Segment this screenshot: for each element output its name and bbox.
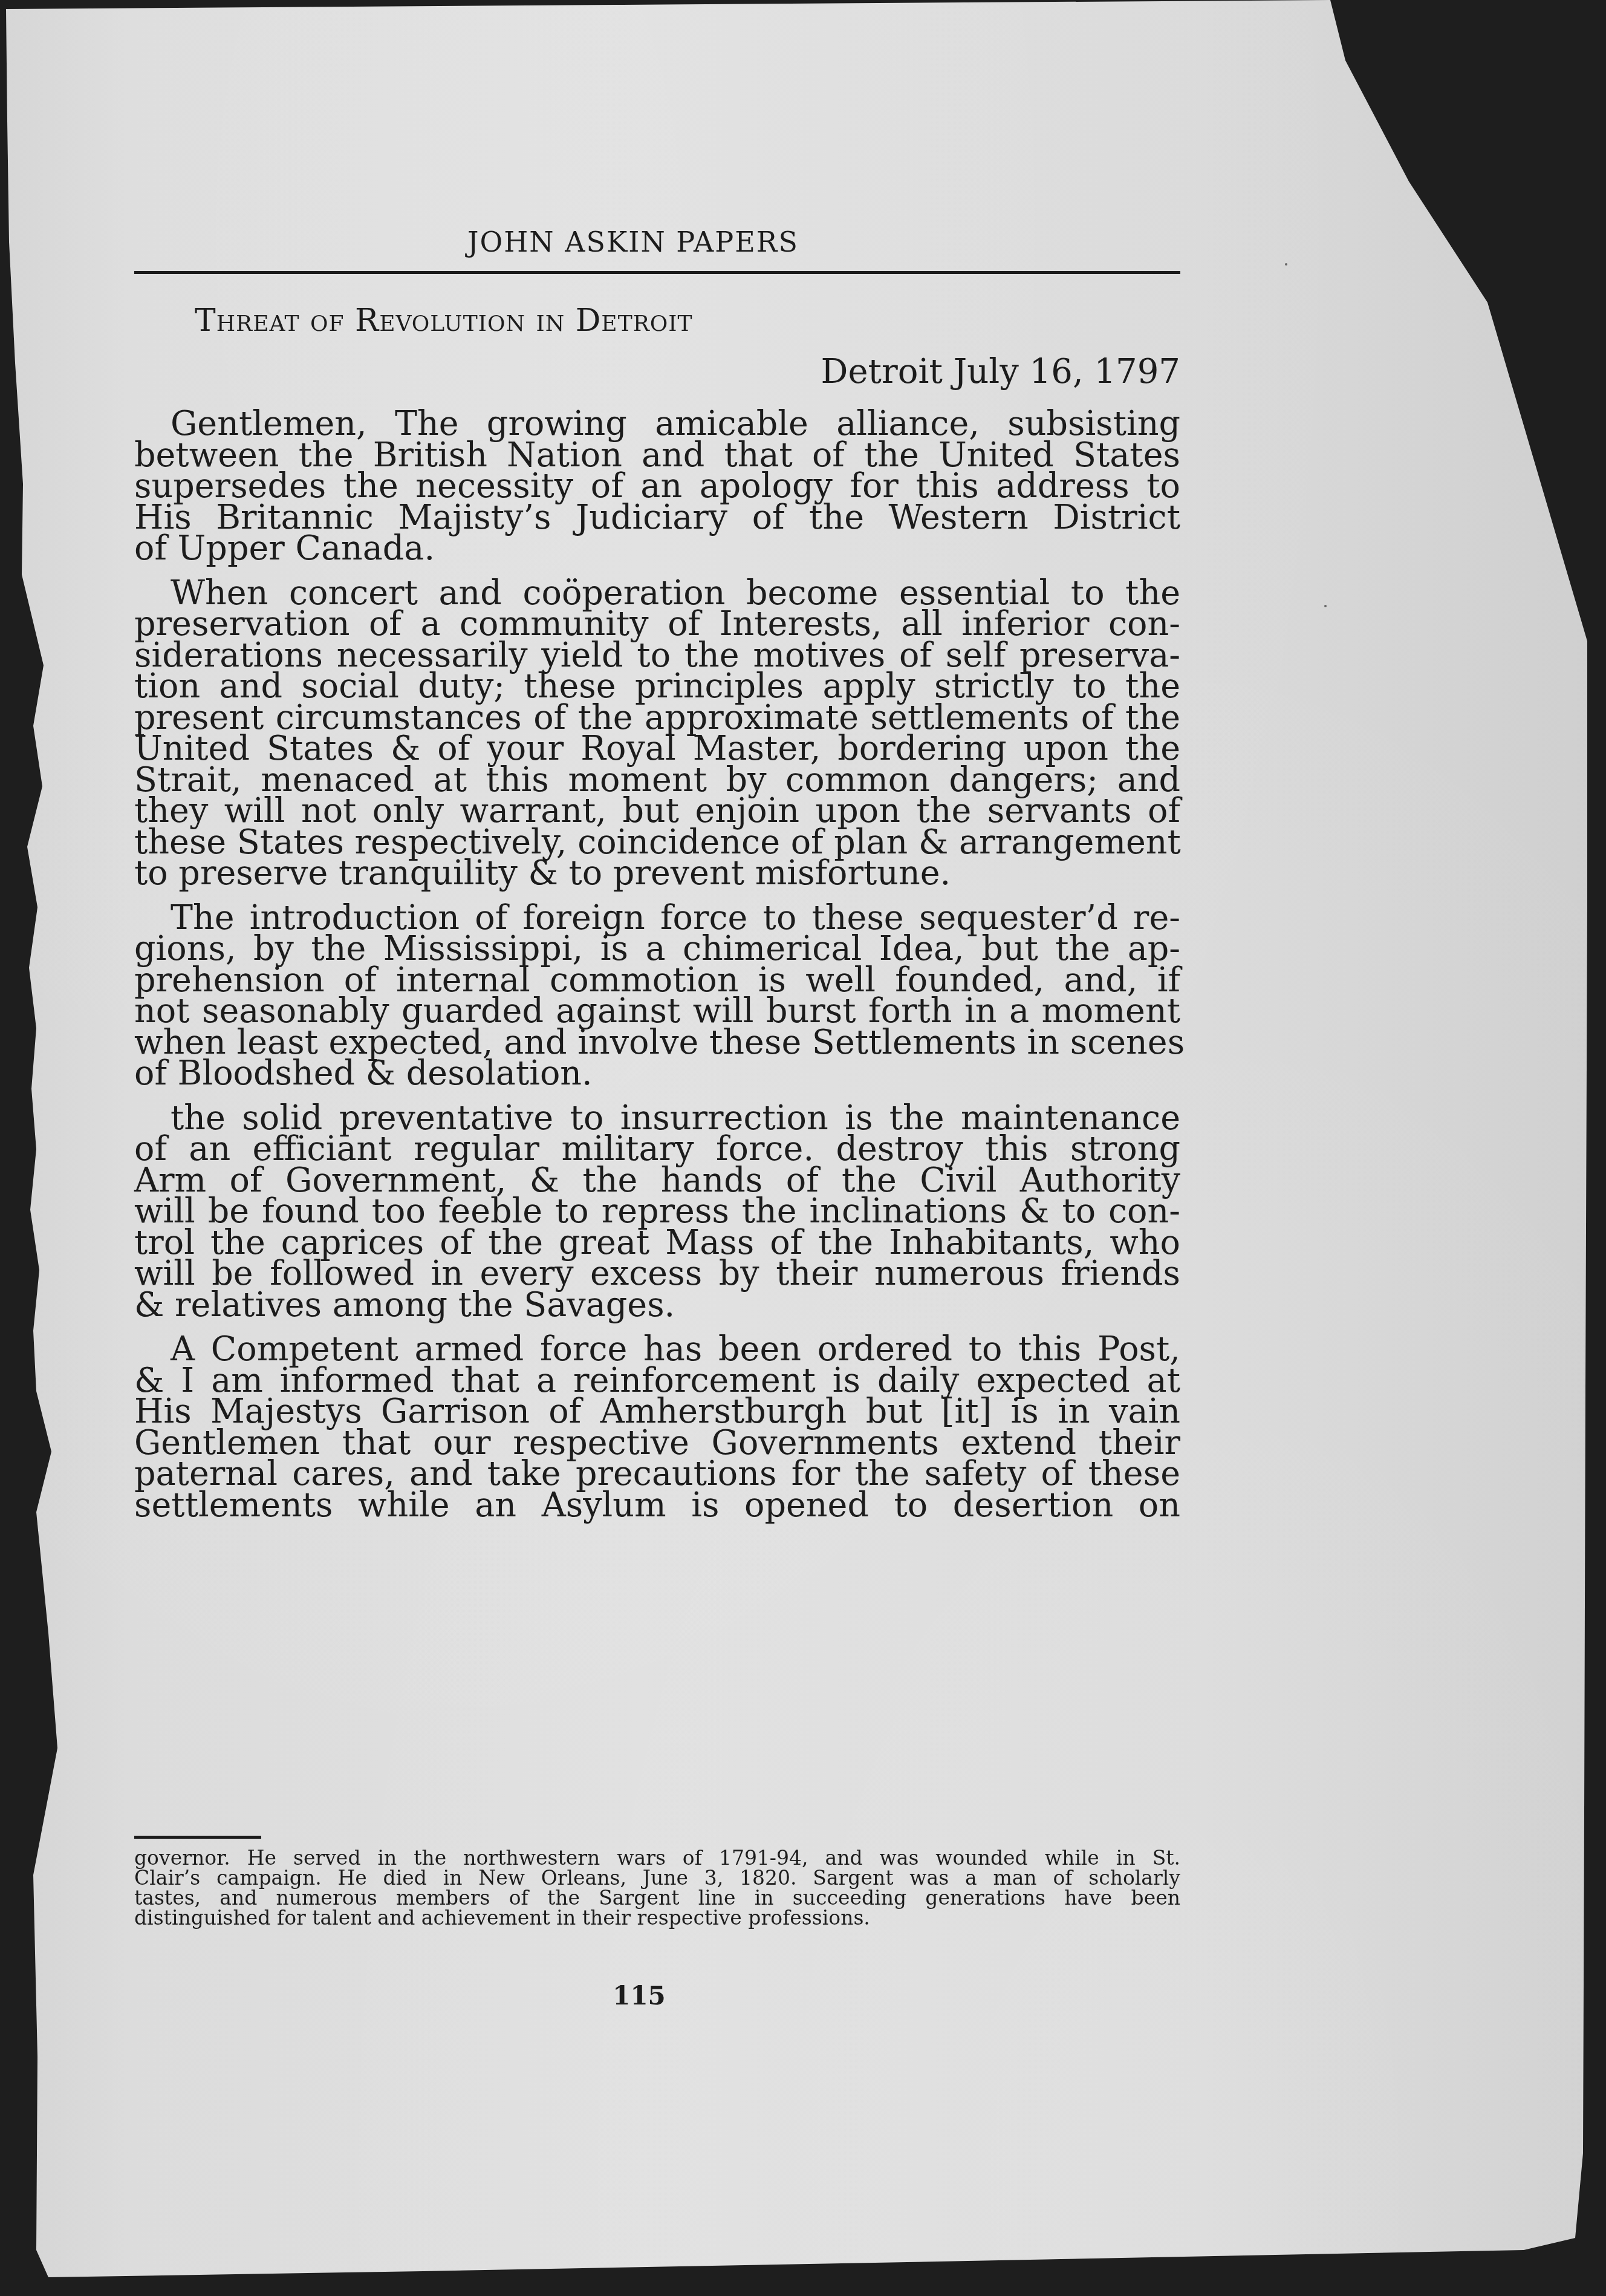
footnote-rule xyxy=(134,1836,261,1839)
text-line: to preserve tranquility & to prevent mis… xyxy=(134,858,1180,889)
text-line: & relatives among the Savages. xyxy=(134,1290,1180,1321)
footnote-line: governor. He served in the northwestern … xyxy=(134,1848,1180,1868)
text-line: of Upper Canada. xyxy=(134,533,1180,564)
letter-body: Gentlemen, The growing amicable alliance… xyxy=(134,408,1180,1534)
text-line: will be found too feeble to repress the … xyxy=(134,1196,1180,1227)
text-line: paternal cares, and take precautions for… xyxy=(134,1458,1180,1490)
footnote-line: distinguished for talent and achievement… xyxy=(134,1908,1180,1928)
text-line: supersedes the necessity of an apology f… xyxy=(134,471,1180,502)
paragraph: A Competent armed force has been ordered… xyxy=(134,1334,1180,1521)
text-line: will be followed in every excess by thei… xyxy=(134,1258,1180,1290)
text-line: of Bloodshed & desolation. xyxy=(134,1058,1180,1089)
text-line: settlements while an Asylum is opened to… xyxy=(134,1490,1180,1521)
paragraph: the solid preventative to insurrection i… xyxy=(134,1103,1180,1321)
text-line: not seasonably guarded against will burs… xyxy=(134,996,1180,1027)
page-content: JOHN ASKIN PAPERS Threat of Revolution i… xyxy=(134,224,1180,260)
text-line: A Competent armed force has been ordered… xyxy=(134,1334,1180,1365)
text-line: His Majestys Garrison of Amherstburgh bu… xyxy=(134,1396,1180,1427)
paragraph: The introduction of foreign force to the… xyxy=(134,902,1180,1089)
paper-speck xyxy=(1285,263,1287,266)
document-title: Threat of Revolution in Detroit xyxy=(134,302,1180,339)
header-rule xyxy=(134,271,1180,274)
text-line: United States & of your Royal Master, bo… xyxy=(134,733,1180,765)
footnote-line: Clair’s campaign. He died in New Orleans… xyxy=(134,1868,1180,1888)
text-line: they will not only warrant, but enjoin u… xyxy=(134,795,1180,827)
dateline: Detroit July 16, 1797 xyxy=(821,352,1180,391)
text-line: of an efficiant regular military force. … xyxy=(134,1133,1180,1165)
text-line: gions, by the Mississippi, is a chimeric… xyxy=(134,933,1180,965)
text-line: tion and social duty; these principles a… xyxy=(134,671,1180,702)
text-line: Gentlemen, The growing amicable alliance… xyxy=(134,408,1180,440)
paragraph: When concert and coöperation become esse… xyxy=(134,578,1180,889)
text-line: preservation of a community of Interests… xyxy=(134,608,1180,640)
running-head: JOHN ASKIN PAPERS xyxy=(134,224,1180,260)
footnote-line: tastes, and numerous members of the Sarg… xyxy=(134,1888,1180,1908)
page-number: 115 xyxy=(134,1981,1180,2011)
footnote: governor. He served in the northwestern … xyxy=(134,1848,1180,1928)
paragraph: Gentlemen, The growing amicable alliance… xyxy=(134,408,1180,564)
paper-speck xyxy=(1324,605,1327,607)
